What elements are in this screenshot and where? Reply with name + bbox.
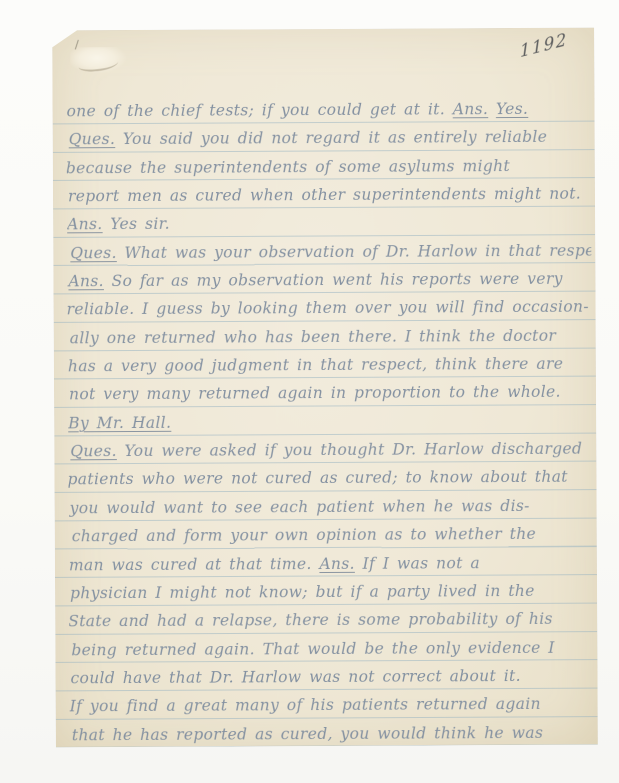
text-segment: you would want to see each patient when … [70,497,530,517]
underlined-text-segment: Yes. [496,100,528,118]
manuscript-line: Ques. You said you did not regard it as … [69,123,591,154]
text-segment: Yes sir. [103,215,170,233]
manuscript-line: If you find a great many of his patients… [70,690,594,721]
underlined-text-segment: Ques. [70,442,117,460]
manuscript-line: one of the chief tests; if you could get… [66,95,590,126]
text-segment: reliable. I guess by looking them over y… [67,298,589,319]
scanner-background: 1192 one of the chief tests; if you coul… [0,0,619,783]
paper-tear [70,47,126,73]
manuscript-line: State and had a relapse, there is some p… [68,605,593,636]
underlined-text-segment: Ans. [67,216,103,234]
text-segment: If I was not a [355,554,480,573]
manuscript-line: Ques. What was your observation of Dr. H… [70,236,591,267]
handwritten-text-block: one of the chief tests; if you could get… [66,95,593,750]
manuscript-line: physician I might not know; but if a par… [70,576,593,607]
text-segment: that he has reported as cured, you would… [72,723,543,743]
manuscript-line: man was cured at that time. Ans. If I wa… [69,548,593,579]
underlined-text-segment: Ques. [70,244,117,262]
manuscript-line: Ans. So far as my observation went his r… [68,265,591,296]
manuscript-line: because the superintendents of some asyl… [66,151,590,182]
underlined-text-segment: Ans. [453,100,489,118]
manuscript-line: being returned again. That would be the … [71,633,593,664]
underlined-text-segment: Ans. [68,272,104,290]
page-number: 1192 [519,30,568,63]
manuscript-line: you would want to see each patient when … [70,491,593,522]
text-segment: charged and form your own opinion as to … [72,525,536,545]
underlined-text-segment: Ans. [319,554,355,572]
manuscript-line: could have that Dr. Harlow was not corre… [70,661,593,692]
text-segment: physician I might not know; but if a par… [70,582,535,602]
manuscript-line: not very many returned again in proporti… [69,378,592,409]
manuscript-line: has a very good judgment in that respect… [68,350,592,381]
text-segment: What was your observation of Dr. Harlow … [117,241,594,262]
manuscript-line: patients who were not cured as cured; to… [67,463,592,494]
text-segment: You said you did not regard it as entire… [115,128,547,148]
text-segment: man was cured at that time. [69,555,320,574]
text-segment: has a very good judgment in that respect… [68,355,563,376]
manuscript-line: that he has reported as cured, you would… [72,718,594,749]
text-segment: because the superintendents of some asyl… [66,157,510,177]
manuscript-line: ally one returned who has been there. I … [70,321,592,352]
manuscript-page: 1192 one of the chief tests; if you coul… [52,28,598,748]
text-segment: If you find a great many of his patients… [70,695,541,715]
manuscript-line: charged and form your own opinion as to … [72,520,593,551]
underlined-text-segment: By Mr. Hall. [68,414,171,433]
manuscript-line: By Mr. Hall. [68,406,592,437]
text-segment: patients who were not cured as cured; to… [67,468,567,489]
manuscript-line: Ans. Yes sir. [67,208,591,239]
text-segment: So far as my observation went his report… [104,270,563,290]
text-segment: State and had a relapse, there is some p… [68,610,553,631]
text-segment: report men as cured when other superinte… [68,185,581,206]
text-segment: ally one returned who has been there. I … [70,327,557,348]
text-segment: one of the chief tests; if you could get… [67,100,453,120]
text-segment: You were asked if you thought Dr. Harlow… [117,440,583,460]
text-segment: not very many returned again in proporti… [69,383,561,404]
manuscript-line: reliable. I guess by looking them over y… [67,293,592,324]
text-segment: could have that Dr. Harlow was not corre… [70,667,520,687]
manuscript-line: Ques. You were asked if you thought Dr. … [70,435,592,466]
underlined-text-segment: Ques. [69,130,116,148]
manuscript-line: report men as cured when other superinte… [68,180,591,211]
text-segment: being returned again. That would be the … [71,638,554,659]
